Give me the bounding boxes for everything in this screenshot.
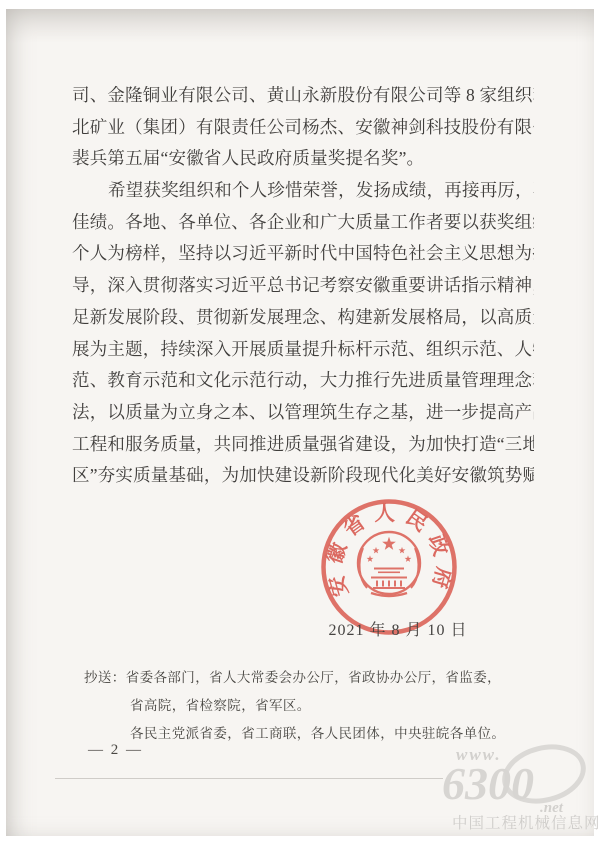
body-line: 展为主题，持续深入开展质量提升标杆示范、组织示范、人物示 xyxy=(72,334,534,366)
cc-line: 省高院，省检察院，省军区。 xyxy=(84,692,554,720)
official-seal: 安徽省人民政府 xyxy=(319,497,459,637)
body-line: 范、教育示范和文化示范行动，大力推行先进质量管理理念和方 xyxy=(72,365,534,397)
national-emblem-icon xyxy=(358,532,420,596)
watermark-number: 6300 xyxy=(442,758,534,809)
body-line: 导，深入贯彻落实习近平总书记考察安徽重要讲话指示精神，立 xyxy=(72,270,534,302)
cc-block: 抄送：省委各部门，省人大常委会办公厅，省政协办公厅，省监委， 省高院，省检察院，… xyxy=(84,664,554,748)
document-body: 司、金隆铜业有限公司、黄山永新股份有限公司等 8 家组织和淮 北矿业（集团）有限… xyxy=(72,80,534,492)
cc-line: 抄送：省委各部门，省人大常委会办公厅，省政协办公厅，省监委， xyxy=(84,664,554,692)
body-line: 足新发展阶段、贯彻新发展理念、构建新发展格局，以高质量发 xyxy=(72,302,534,334)
watermark-logo-6300net: www. 6300 .net 中国工程机械信息网 xyxy=(440,740,598,832)
cc-text: 省委各部门，省人大常委会办公厅，省政协办公厅，省监委， xyxy=(126,670,501,685)
issue-date: 2021 年 8 月 10 日 xyxy=(328,617,468,640)
document-page: 司、金隆铜业有限公司、黄山永新股份有限公司等 8 家组织和淮 北矿业（集团）有限… xyxy=(6,9,594,836)
scanned-document-screenshot: 司、金隆铜业有限公司、黄山永新股份有限公司等 8 家组织和淮 北矿业（集团）有限… xyxy=(0,0,600,843)
body-line: 区”夯实质量基础，为加快建设新阶段现代化美好安徽筑势赋能。 xyxy=(72,460,534,492)
body-line: 希望获奖组织和个人珍惜荣誉，发扬成绩，再接再厉，再创 xyxy=(72,175,534,207)
body-line: 个人为榜样，坚持以习近平新时代中国特色社会主义思想为指 xyxy=(72,238,534,270)
body-line: 法，以质量为立身之本、以管理筑生存之基，进一步提高产品、 xyxy=(72,397,534,429)
body-line: 佳绩。各地、各单位、各企业和广大质量工作者要以获奖组织和 xyxy=(72,207,534,239)
watermark-caption: 中国工程机械信息网 xyxy=(452,814,598,832)
body-line: 司、金隆铜业有限公司、黄山永新股份有限公司等 8 家组织和淮 xyxy=(72,80,534,112)
footer-divider xyxy=(55,778,443,779)
body-line: 工程和服务质量，共同推进质量强省建设，为加快打造“三地一 xyxy=(72,429,534,461)
watermark-net: .net xyxy=(540,800,564,816)
body-line: 北矿业（集团）有限责任公司杨杰、安徽神剑科技股份有限公司 xyxy=(72,112,534,144)
body-line: 裴兵第五届“安徽省人民政府质量奖提名奖”。 xyxy=(72,143,534,175)
cc-label: 抄送： xyxy=(84,670,126,685)
page-number: — 2 — xyxy=(88,742,158,759)
